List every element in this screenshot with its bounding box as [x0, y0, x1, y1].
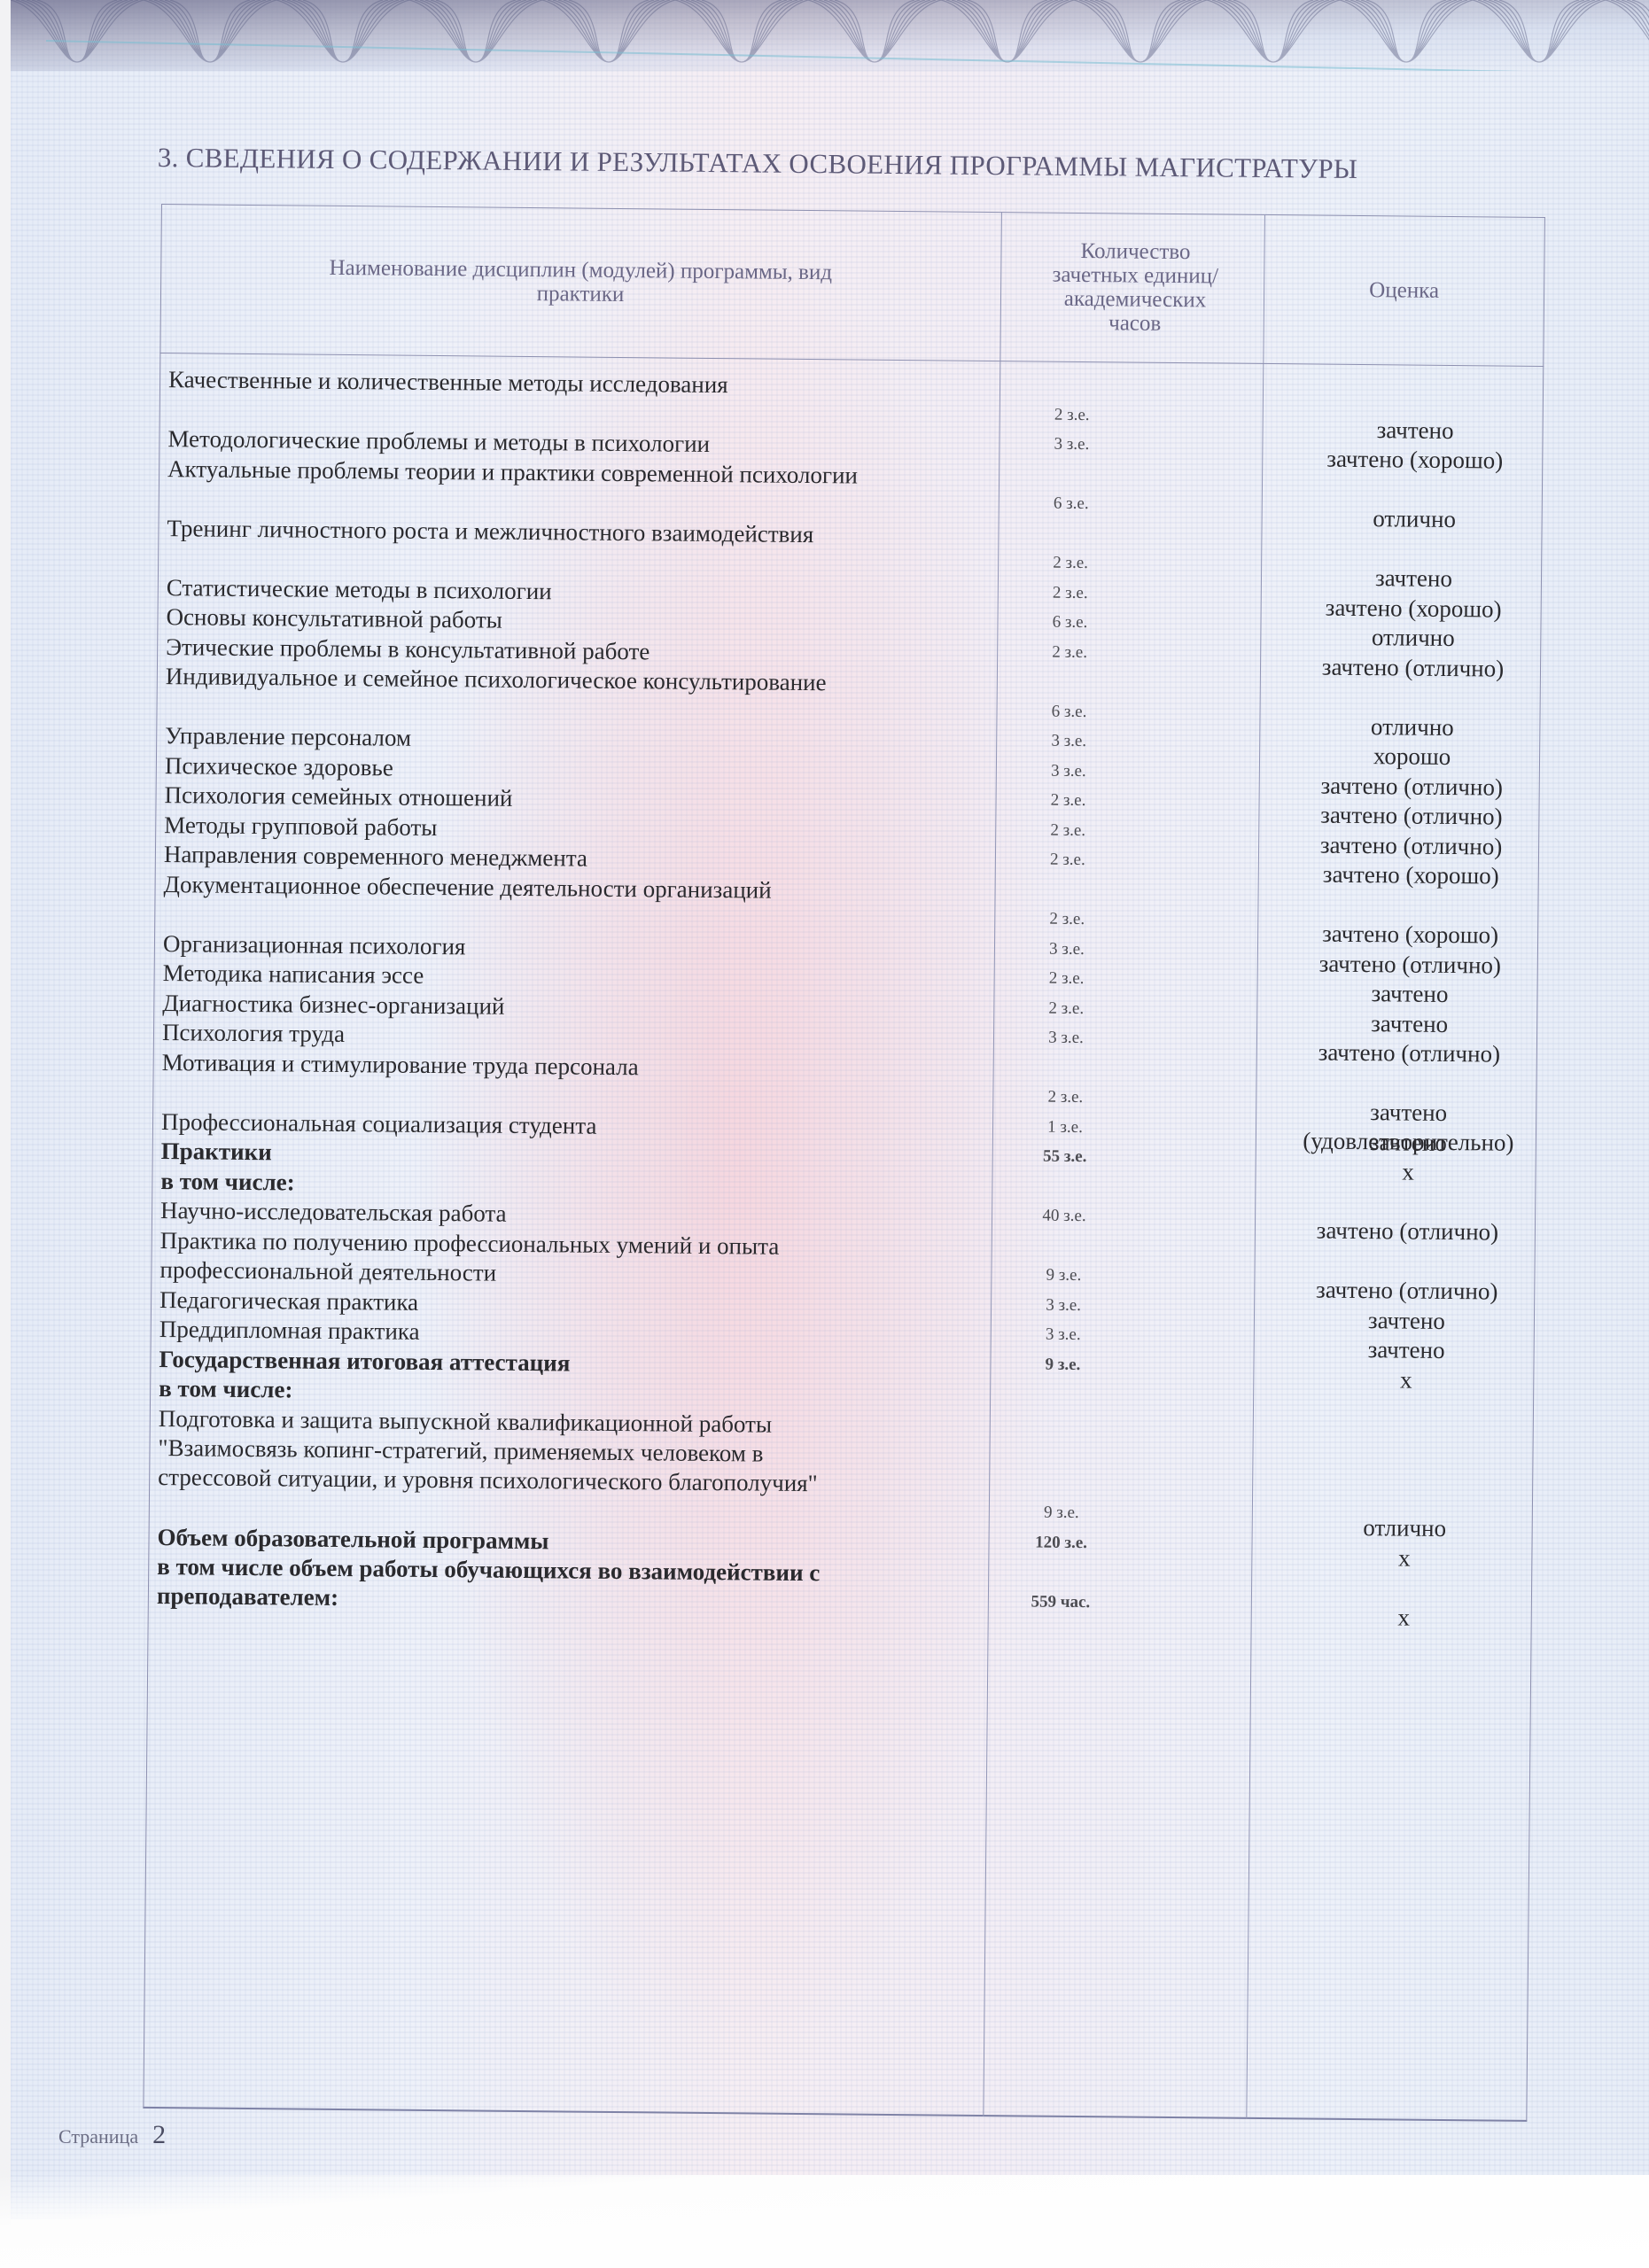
scan-left-edge: [0, 0, 11, 2268]
results-table: Наименование дисциплин (модулей) програм…: [143, 204, 1545, 2122]
grade-value: отлично: [1279, 1512, 1531, 1544]
credits-value: 3 з.е.: [1001, 1295, 1125, 1316]
grade-value: зачтено: [1282, 1127, 1535, 1159]
grade-value: зачтено (отлично): [1286, 771, 1538, 803]
credits-value: 2 з.е.: [1006, 850, 1130, 870]
page-number: 2: [152, 2120, 166, 2149]
credits-value: 559 час.: [999, 1592, 1123, 1612]
grade-value: зачтено (отлично): [1283, 1037, 1536, 1069]
grade-value: х: [1280, 1364, 1532, 1396]
credits-value: 2 з.е.: [1010, 405, 1134, 425]
grade-value: зачтено (хорошо): [1287, 593, 1540, 625]
grade-value: зачтено (хорошо): [1288, 444, 1541, 476]
credits-value: 2 з.е.: [1005, 968, 1129, 989]
credits-value: 55 з.е.: [1003, 1146, 1127, 1167]
header-grade: Оценка: [1263, 214, 1545, 366]
grade-value: хорошо: [1286, 741, 1538, 773]
credits-value: 2 з.е.: [1006, 790, 1130, 811]
credits-value: 6 з.е.: [1009, 493, 1133, 514]
grade-value: х: [1281, 1156, 1534, 1188]
discipline-name: Практика по получению профессиональных у…: [159, 1226, 852, 1291]
grade-value: х: [1278, 1542, 1530, 1574]
credits-value: 3 з.е.: [1007, 761, 1131, 781]
guilloche-pattern-icon: [11, 0, 1649, 71]
credits-value: 6 з.е.: [1007, 702, 1131, 722]
grade-value: зачтено: [1283, 978, 1536, 1010]
scan-bottom-margin: [0, 2175, 1649, 2268]
grade-value: зачтено: [1280, 1305, 1533, 1337]
discipline-name: Подготовка и защита выпускной квалификац…: [158, 1404, 850, 1498]
credits-value: 6 з.е.: [1007, 612, 1132, 633]
grade-value: отлично: [1287, 622, 1539, 654]
grade-value: зачтено (отлично): [1281, 1216, 1534, 1247]
grade-value: отлично: [1286, 711, 1538, 743]
credits-value: 1 з.е.: [1003, 1117, 1127, 1138]
credits-value: 3 з.е.: [1005, 939, 1129, 959]
page-label: Страница: [58, 2125, 138, 2148]
header-credits: Количество зачетных единиц/ академически…: [1046, 213, 1225, 363]
credits-value: 2 з.е.: [1003, 1087, 1127, 1107]
grade-value: зачтено: [1283, 1008, 1536, 1040]
header-discipline-name: Наименование дисциплин (модулей) програм…: [159, 204, 1001, 361]
credits-value: 3 з.е.: [1009, 434, 1133, 454]
credits-value: 2 з.е.: [1005, 909, 1129, 929]
credits-value: 3 з.е.: [1004, 1028, 1128, 1048]
credits-value: 2 з.е.: [1008, 553, 1132, 573]
page-footer: Страница2: [58, 2120, 166, 2150]
credits-value: 2 з.е.: [1007, 642, 1132, 663]
credits-value: 120 з.е.: [999, 1533, 1123, 1553]
credits-value: 40 з.е.: [1002, 1206, 1126, 1226]
grade-value: зачтено: [1287, 563, 1540, 594]
grade-value: зачтено (хорошо): [1285, 859, 1537, 891]
credits-value: 2 з.е.: [1006, 820, 1130, 841]
grade-value: зачтено (отлично): [1280, 1275, 1533, 1307]
credits-value: 9 з.е.: [1001, 1265, 1125, 1285]
grade-value: зачтено (отлично): [1285, 800, 1537, 832]
discipline-name: в том числе объем работы обучающихся во …: [157, 1552, 849, 1617]
grade-value: отлично: [1287, 503, 1540, 535]
grade-value: х: [1278, 1602, 1530, 1634]
grade-value: зачтено: [1280, 1334, 1532, 1366]
credits-value: 3 з.е.: [1007, 731, 1131, 751]
credits-value: 3 з.е.: [1001, 1324, 1125, 1345]
grade-value: зачтено (отлично): [1287, 652, 1539, 684]
credits-value: 9 з.е.: [1000, 1355, 1124, 1375]
grade-value: зачтено: [1288, 415, 1541, 447]
credits-value: 2 з.е.: [1008, 583, 1132, 603]
credits-value: 9 з.е.: [1000, 1503, 1124, 1523]
guilloche-border-ornament: [11, 0, 1649, 71]
credits-value: 2 з.е.: [1004, 998, 1128, 1019]
grade-value: зачтено (отлично): [1285, 830, 1537, 862]
grade-value: зачтено (хорошо): [1284, 919, 1536, 951]
grade-value: зачтено (отлично): [1284, 949, 1536, 981]
